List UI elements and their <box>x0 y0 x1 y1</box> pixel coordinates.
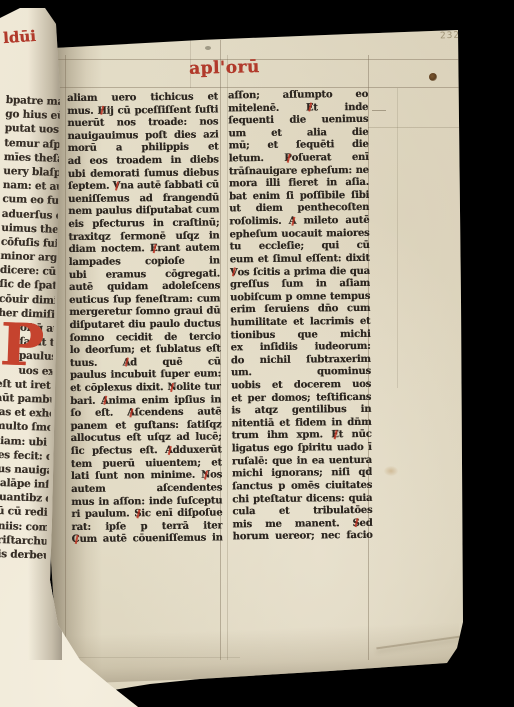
text-line: ri paulum. Sic enī diſpoſue <box>71 508 222 522</box>
text-line: eum et ſimul eſſent: dixit eis. <box>230 253 370 267</box>
text-line: horum uereor; nec facio aīam <box>233 530 373 544</box>
text-line: aduerſus ea <box>2 206 58 222</box>
text-line: ad eos troadem in diebs quīqz: <box>68 154 219 168</box>
text-line: cula et tribulatōes iheroſoli <box>232 505 372 519</box>
red-touched-capital: A <box>127 408 135 419</box>
red-touched-capital: E <box>306 102 314 113</box>
red-lombard-initial: P <box>0 315 45 374</box>
text-column-right: aſſon; aſſumpto eo uenimusmitelenē. Et i… <box>228 89 373 544</box>
text-line: ex inſidiis iudeorum: quomo <box>231 341 371 355</box>
text-line: Cum autē cōueniſſemus in <box>72 533 223 547</box>
red-touched-capital: E <box>331 430 339 441</box>
text-line: eis pfecturus in craſtinū; pro <box>68 218 219 232</box>
text-line: aſſon; aſſumpto eo uenimus <box>228 89 368 103</box>
text-line: is atqz gentilibus in deum pe <box>231 404 371 418</box>
red-touched-capital: H <box>97 105 106 116</box>
red-touched-capital: P <box>284 153 291 164</box>
text-line: autem aſcendentes nauigaui <box>71 482 222 496</box>
text-line: ſequenti die uenimus cōtra chi <box>228 114 368 128</box>
text-line: cum eo fuerā <box>2 192 58 208</box>
red-touched-capital: A <box>165 445 173 456</box>
red-touched-capital: S <box>134 508 141 519</box>
red-touched-capital: V <box>113 181 121 192</box>
text-line: ſic pfectus eſt. Adduxerūt au <box>71 444 222 458</box>
text-line: ſic de ſpatio <box>0 277 56 293</box>
red-touched-capital: E <box>150 243 158 254</box>
text-line: ciam: ubi cū <box>0 433 50 449</box>
red-touched-capital: C <box>72 534 80 545</box>
text-line: humilitate et lacrimis et tēpta <box>230 316 370 330</box>
red-touched-capital: V <box>230 267 238 278</box>
red-touched-capital: S <box>352 518 359 529</box>
red-touched-capital: A <box>289 216 297 227</box>
text-line: rū cū rediret <box>0 504 48 520</box>
text-block: aliam uero tichicus et trophimus. Hij cū… <box>0 0 514 707</box>
text-line: diſputaret diu paulo ductus <box>69 318 220 332</box>
leaf-running-header-fragment: ldūi <box>2 27 36 47</box>
red-touched-capital: N <box>201 470 210 481</box>
manuscript-page: apl'orū 232 aliam uero tichicus et troph… <box>0 0 514 707</box>
text-line: putat uos b <box>5 121 61 137</box>
text-column-left: aliam uero tichicus et trophimus. Hij cū… <box>67 91 223 546</box>
text-line: et cōplexus dixit. Nolite tur <box>70 381 221 395</box>
text-line: greſſus ſum in aſiam qualit <box>230 278 370 292</box>
text-line: temur aſpe <box>4 136 60 152</box>
text-line: aliam uero tichicus et trophi <box>67 91 218 105</box>
text-line: oniis: comitat <box>0 518 47 534</box>
book-photograph: apl'orū 232 aliam uero tichicus et troph… <box>0 0 514 707</box>
text-line: uobis et docerem uos publice <box>231 379 371 393</box>
text-line: ſes fecit: cu <box>0 447 50 463</box>
text-line: ſanctus p omēs ciuitates mi <box>232 480 372 494</box>
text-line: puantibz co <box>0 490 48 506</box>
red-touched-capital: N <box>167 382 176 393</box>
text-line: halāpe inſid <box>0 476 49 492</box>
text-line: ariſtarchus e b <box>0 533 47 549</box>
text-line: letum. Poſuerat enī paulus <box>229 152 369 166</box>
text-line: nis derbeus ti <box>0 547 46 563</box>
text-line: autē quidam adoleſcens noīe <box>69 281 220 295</box>
text-line: multo ſmone <box>0 419 51 435</box>
text-line: roſolimis. A mileto autē mittēs <box>229 215 369 229</box>
text-line: lampades copioſe in cenaculo; <box>69 255 220 269</box>
red-touched-capital: A <box>122 357 130 368</box>
red-touched-capital: A <box>101 395 109 406</box>
text-line: ligatus ego ſpiritu uado ī ihe <box>232 442 372 456</box>
